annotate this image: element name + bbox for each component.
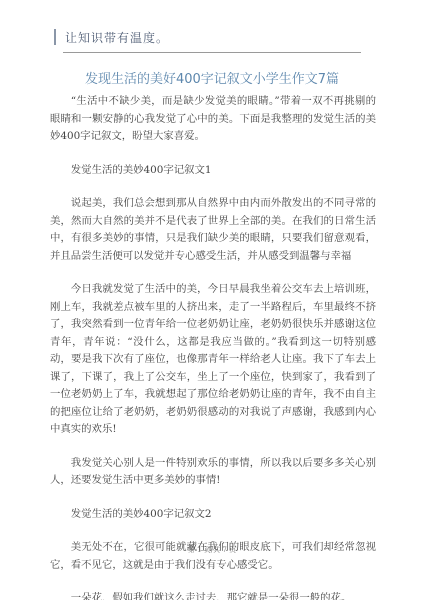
document-title: 发现生活的美好400字记叙文小学生作文7篇 <box>0 68 424 87</box>
body-paragraph: 说起美，我们总会想到那从自然界中由内而外散发出的不同寻常的美，然而大自然的美并不… <box>50 195 376 265</box>
body-paragraph: 我发觉关心别人是一件特别欢乐的事情，所以我以后要多多关心别人，还要发觉生活中更多… <box>50 455 376 490</box>
intro-paragraph: “生活中不缺少美，而是缺少发觉美的眼睛。”带着一双不再挑剔的眼睛和一颗安静的心我… <box>50 93 376 146</box>
page-indicator: 第 1 页/共 7 页 <box>0 545 424 555</box>
header-divider <box>63 52 361 53</box>
body-paragraph: 今日我就发觉了生活中的美，今日早晨我坐着公交车去上培训班，刚上车，我就差点被车里… <box>50 281 376 439</box>
document-body: “生活中不缺少美，而是缺少发觉美的眼睛。”带着一双不再挑剔的眼睛和一颗安静的心我… <box>50 93 376 600</box>
document-header: 让知识带有温度。 <box>54 28 169 46</box>
section-heading: 发觉生活的美妙400字记叙文2 <box>50 506 376 524</box>
section-heading: 发觉生活的美妙400字记叙文1 <box>50 162 376 180</box>
header-accent-bar <box>54 29 56 45</box>
body-paragraph: 一朵花，假如我们就这么走过去，那它就是一朵很一般的花。 <box>50 590 376 600</box>
header-slogan: 让知识带有温度。 <box>65 29 169 46</box>
